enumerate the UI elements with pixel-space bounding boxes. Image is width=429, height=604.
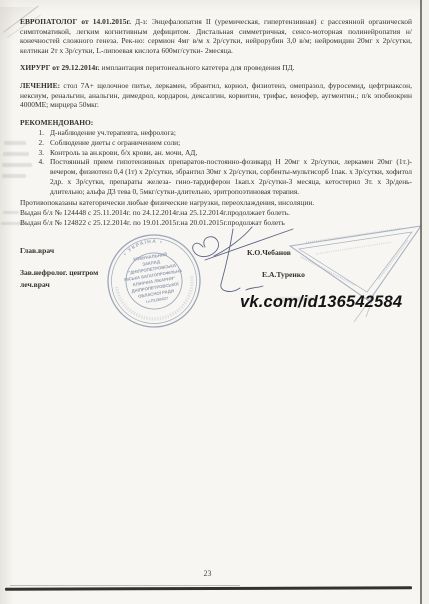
recommendations-heading-text: РЕКОМЕНДОВАНО: xyxy=(20,118,93,127)
list-item-text: Постоянный прием гипотензивных препарато… xyxy=(50,157,412,196)
scan-left-shading xyxy=(0,0,14,604)
stamp-line: КОМУНАЛЬНИЙ xyxy=(133,252,167,262)
list-item: 4. Постоянный прием гипотензивных препар… xyxy=(20,157,412,196)
round-stamp-illegible-ring-text xyxy=(116,275,197,324)
scan-top-shading xyxy=(0,0,429,12)
round-stamp-outer-ring xyxy=(101,228,206,333)
list-item-number: 3. xyxy=(20,148,50,158)
round-stamp-center-text: КОМУНАЛЬНИЙ ЗАКЛАД "ДНІПРОПЕТРОВСЬКА МІС… xyxy=(121,250,186,307)
treatment-note: ЛЕЧЕНИЕ: стол 7А+ щелочное питье, леркам… xyxy=(20,81,412,110)
attending-doctor-signature xyxy=(221,229,233,284)
attending-doctor-name: Е.А.Туренко xyxy=(262,270,305,279)
round-stamp: • УКРАЇНА • КОМУНАЛЬНИЙ ЗАКЛАД "ДНІПРОПЕ… xyxy=(101,228,206,333)
list-item-text: Контроль за ан.крови, б/х крови, ан. моч… xyxy=(50,148,412,158)
list-item: 2. Соблюдение диеты с ограничением соли; xyxy=(20,138,412,148)
triangle-stamp-illegible-text xyxy=(316,242,392,254)
triangle-stamp-inner xyxy=(299,232,412,292)
stamp-line: ДНІПРОПЕТРОВСЬКОЇ xyxy=(131,281,180,294)
neurologist-note: ЕВРОПАТОЛОГ от 14.01.2015г. Д-з: Энцефал… xyxy=(20,17,412,55)
round-stamp-ring-text: • УКРАЇНА • xyxy=(121,236,165,258)
stamp-line: ЗАКЛАД xyxy=(142,259,160,267)
attending-doctor-role: леч.врач xyxy=(20,280,50,289)
list-item-text: Соблюдение диеты с ограничением соли; xyxy=(50,138,412,148)
signature-strokes xyxy=(193,227,293,291)
margin-smudge xyxy=(3,211,19,214)
stamp-line: МІСЬКА БАГАТОПРОФІЛЬНА xyxy=(124,268,182,282)
list-item: 1. Д-наблюдение уч.терапевта, нефролога; xyxy=(20,128,412,138)
stamp-line: "ДНІПРОПЕТРОВСЬКА xyxy=(128,263,176,275)
list-item: 3. Контроль за ан.крови, б/х крови, ан. … xyxy=(20,148,412,158)
triangle-stamp-illegible-text xyxy=(306,229,402,243)
treatment-body: стол 7А+ щелочное питье, леркамен, эбран… xyxy=(20,81,412,109)
sick-leave-line: Выдан б/л № 124822 с 25.12.2014г. по 19.… xyxy=(20,218,412,228)
list-item-number: 4. xyxy=(20,157,50,196)
nephrology-head-role: Зав.нефролог. центром xyxy=(20,268,98,277)
neurologist-heading: ЕВРОПАТОЛОГ от 14.01.2015г. xyxy=(20,17,131,26)
surgeon-heading: ХИРУРГ от 29.12.2014г. xyxy=(20,63,100,72)
attending-doctor-signature xyxy=(221,284,240,291)
scan-right-edge-line xyxy=(420,0,422,604)
stamp-line: і.к.П1280527 xyxy=(146,296,169,303)
list-item-number: 1. xyxy=(20,128,50,138)
triangle-stamp-illegible-text xyxy=(301,257,355,285)
sick-leave-line: Выдан б/л № 124448 с 25.11.2014г. по 24.… xyxy=(20,208,412,218)
round-stamp-ring-text-path: • УКРАЇНА • xyxy=(121,236,165,258)
triangle-stamp-outer xyxy=(290,226,421,301)
list-item-text: Д-наблюдение уч.терапевта, нефролога; xyxy=(50,128,412,138)
chief-doctor-name: К.О.Чебанов xyxy=(247,248,291,257)
stamp-line: КЛІНІЧНА ЛІКАРНЯ" xyxy=(133,275,176,287)
round-stamp-inner-ring xyxy=(122,249,186,313)
scan-edge-faint-line xyxy=(10,585,240,586)
surgeon-note: ХИРУРГ от 29.12.2014г. имплантация перит… xyxy=(20,63,412,73)
recommendations-list: 1. Д-наблюдение уч.терапевта, нефролога;… xyxy=(20,128,412,197)
scan-right-strip xyxy=(422,0,429,604)
treatment-heading: ЛЕЧЕНИЕ: xyxy=(20,81,60,90)
stamp-line: ОБЛАСНОЇ РАДИ xyxy=(138,288,175,299)
vk-watermark: vk.com/id136542584 xyxy=(240,293,402,312)
chief-doctor-role: Глав.врач xyxy=(20,246,54,255)
ring-text-path xyxy=(111,238,198,325)
round-stamp-middle-ring xyxy=(105,232,202,329)
scanned-medical-document-page: ЕВРОПАТОЛОГ от 14.01.2015г. Д-з: Энцефал… xyxy=(0,0,429,604)
surgeon-body: имплантация перитонеального катетера для… xyxy=(100,63,295,72)
recommendations-heading: РЕКОМЕНДОВАНО: xyxy=(20,118,412,128)
triangle-stamp-illegible-text xyxy=(378,240,408,280)
scan-bottom-edge-line xyxy=(5,586,412,591)
chief-doctor-signature xyxy=(193,237,219,257)
page-number: 23 xyxy=(0,569,415,578)
contraindications-line: Противопоказаны категорически любые физи… xyxy=(20,198,412,208)
list-item-number: 2. xyxy=(20,138,50,148)
attending-doctor-signature xyxy=(246,286,263,290)
